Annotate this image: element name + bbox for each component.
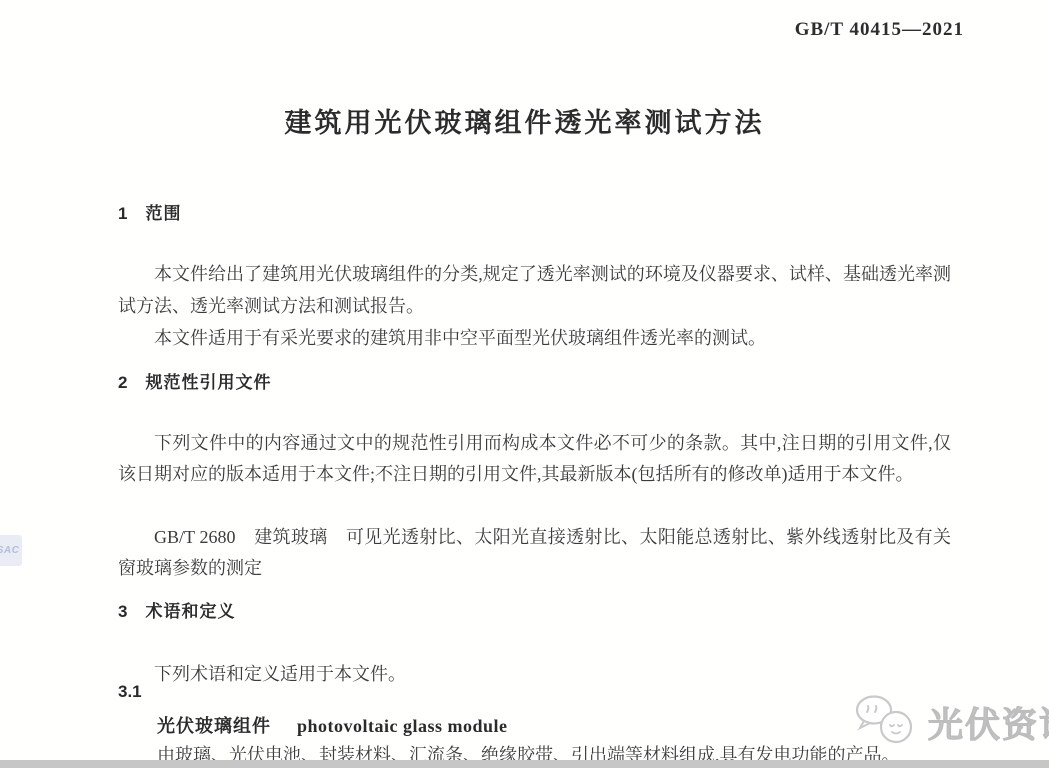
standard-number: GB/T 40415—2021 xyxy=(795,19,964,41)
section-3-paragraph-1: 下列术语和定义适用于本文件。 xyxy=(118,658,951,690)
clause-3-1-number: 3.1 xyxy=(118,682,142,702)
section-1-number: 1 xyxy=(118,204,128,224)
chat-bubbles-icon xyxy=(852,694,920,751)
sac-watermark-badge: SAC xyxy=(0,535,22,566)
section-2-paragraph-1: 下列文件中的内容通过文中的规范性引用而构成本文件必不可少的条款。其中,注日期的引… xyxy=(118,428,951,490)
normative-reference: GB/T 2680 建筑玻璃 可见光透射比、太阳光直接透射比、太阳能总透射比、紫… xyxy=(118,522,951,584)
section-2-title: 规范性引用文件 xyxy=(145,373,271,392)
term-english: photovoltaic glass module xyxy=(297,716,508,736)
section-3-heading: 3术语和定义 xyxy=(118,597,235,622)
sac-watermark-label: SAC xyxy=(0,545,19,556)
brand-watermark: 光伏资讯 xyxy=(852,694,1049,751)
section-1-title: 范围 xyxy=(145,204,181,223)
section-1-heading: 1范围 xyxy=(118,199,181,224)
document-title: 建筑用光伏玻璃组件透光率测试方法 xyxy=(0,101,1049,140)
section-3-number: 3 xyxy=(118,602,128,622)
document-page: GB/T 40415—2021 建筑用光伏玻璃组件透光率测试方法 1范围 本文件… xyxy=(0,0,1049,768)
brand-watermark-text: 光伏资讯 xyxy=(928,698,1049,748)
scan-edge-strip xyxy=(0,760,1049,768)
term-entry: 光伏玻璃组件photovoltaic glass module xyxy=(157,712,951,738)
section-2-number: 2 xyxy=(118,373,128,393)
section-2-heading: 2规范性引用文件 xyxy=(118,368,271,393)
term-chinese: 光伏玻璃组件 xyxy=(157,716,271,736)
section-1-paragraph-1: 本文件给出了建筑用光伏玻璃组件的分类,规定了透光率测试的环境及仪器要求、试样、基… xyxy=(118,258,951,322)
section-3-title: 术语和定义 xyxy=(145,602,235,621)
section-1-paragraph-2: 本文件适用于有采光要求的建筑用非中空平面型光伏玻璃组件透光率的测试。 xyxy=(118,322,951,354)
